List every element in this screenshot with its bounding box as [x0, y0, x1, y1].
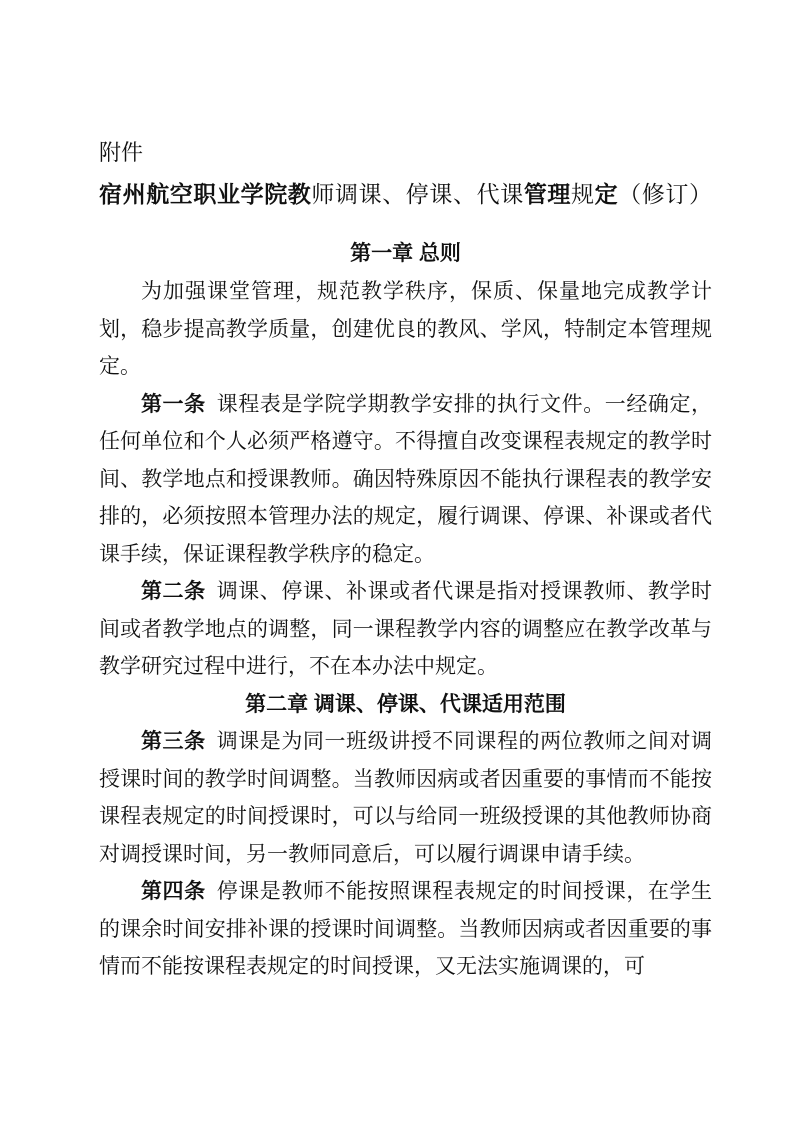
chapter-2-heading: 第二章 调课、停课、代课适用范围 — [99, 686, 712, 724]
article-4-label: 第四条 — [141, 879, 206, 903]
article-3-paragraph: 第三条调课是为同一班级讲授不同课程的两位教师之间对调授课时间的教学时间调整。当教… — [99, 723, 712, 873]
article-1-paragraph: 第一条课程表是学院学期教学安排的执行文件。一经确定，任何单位和个人必须严格遵守。… — [99, 386, 712, 574]
article-4-paragraph: 第四条停课是教师不能按照课程表规定的时间授课，在学生的课余时间安排补课的授课时间… — [99, 873, 712, 986]
article-2-label: 第二条 — [141, 579, 206, 603]
title-segment: 规 — [571, 182, 595, 207]
title-segment: 师调课、停课、代课 — [311, 182, 523, 207]
document-title: 宿州航空职业学院教师调课、停课、代课管理规定（修订） — [99, 178, 712, 212]
paragraph-text: 课程表是学院学期教学安排的执行文件。一经确定，任何单位和个人必须严格遵守。不得擅… — [99, 392, 712, 566]
article-1-label: 第一条 — [141, 392, 206, 416]
title-segment: （修订） — [618, 182, 712, 207]
title-segment: 宿州航空职业学院教 — [99, 182, 311, 207]
chapter-1-heading: 第一章 总则 — [99, 240, 712, 268]
attachment-label: 附件 — [99, 141, 712, 165]
document-body: 为加强课堂管理，规范教学秩序，保质、保量地完成教学计划，稳步提高教学质量，创建优… — [99, 273, 712, 986]
article-3-label: 第三条 — [141, 729, 206, 753]
title-segment: 管理 — [524, 182, 571, 207]
document-page: 附件 宿州航空职业学院教师调课、停课、代课管理规定（修订） 第一章 总则 为加强… — [0, 0, 794, 1122]
article-2-paragraph: 第二条调课、停课、补课或者代课是指对授课教师、教学时间或者教学地点的调整，同一课… — [99, 573, 712, 686]
title-segment: 定 — [595, 182, 619, 207]
paragraph-text: 为加强课堂管理，规范教学秩序，保质、保量地完成教学计划，稳步提高教学质量，创建优… — [99, 279, 712, 378]
intro-paragraph: 为加强课堂管理，规范教学秩序，保质、保量地完成教学计划，稳步提高教学质量，创建优… — [99, 273, 712, 386]
